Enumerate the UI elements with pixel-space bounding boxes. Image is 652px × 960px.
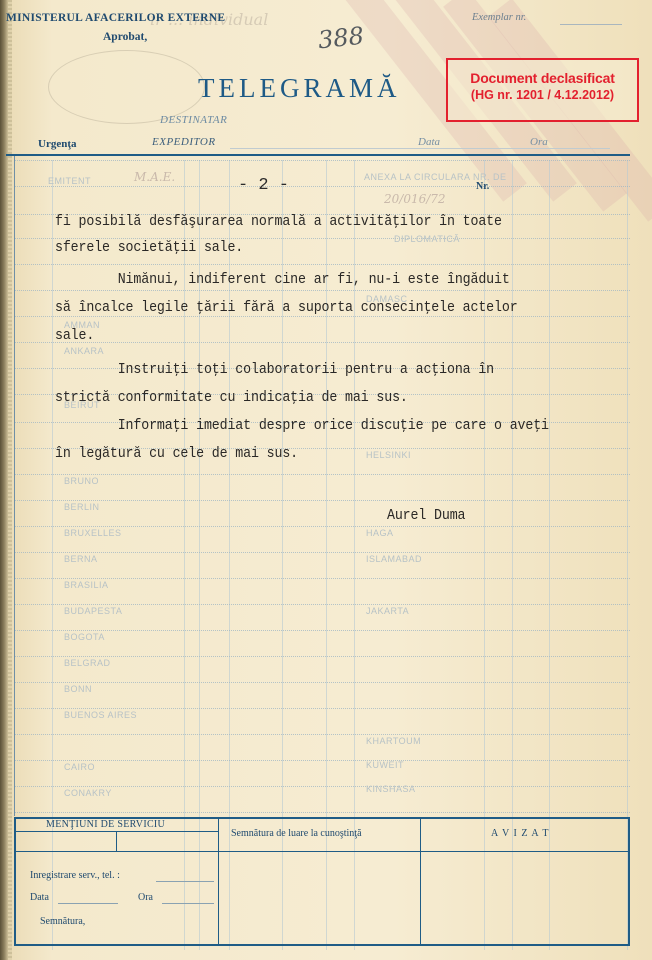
recipient-label: DESTINATAR <box>160 114 227 126</box>
footer-date-label: Data <box>30 892 49 903</box>
service-mentions-label: MENŢIUNI DE SERVICIU <box>46 819 165 830</box>
date-label: Data <box>418 136 440 148</box>
time-label: Ora <box>530 136 548 148</box>
binding-edge <box>0 0 8 960</box>
bleed-city: CONAKRY <box>64 788 112 798</box>
urgency-label: Urgenţa <box>38 138 77 150</box>
bleed-city: BELGRAD <box>64 658 111 668</box>
page-number: - 2 - <box>238 176 289 195</box>
bleed-city: CAIRO <box>64 762 95 772</box>
body-line: Nimănui, indiferent cine ar fi, nu-i est… <box>55 272 510 288</box>
stamp-line-2: (HG nr. 1201 / 4.12.2012) <box>448 88 637 102</box>
registration-label: Inregistrare serv., tel. : <box>30 870 120 881</box>
bleed-handwriting: M.A.E. <box>134 170 175 184</box>
handwritten-number: 388 <box>317 22 365 55</box>
footer-time-label: Ora <box>138 892 153 903</box>
bleed-city: ISLAMABAD <box>366 554 422 564</box>
body-line: să încalce legile ţării fără a suporta c… <box>55 300 518 316</box>
number-label: Nr. <box>476 181 489 192</box>
stamp-line-1: Document declasificat <box>448 70 637 86</box>
sender-field-line <box>230 148 610 149</box>
bleed-city: KUWEIT <box>366 760 404 770</box>
body-line: sale. <box>55 328 94 344</box>
bleed-city: HELSINKI <box>366 450 411 460</box>
bleed-city: BRUNO <box>64 476 99 486</box>
bleed-city: BUDAPESTA <box>64 606 122 616</box>
page-left-border <box>14 156 15 816</box>
sender-label: EXPEDITOR <box>152 136 216 148</box>
signature-name: Aurel Duma <box>387 508 465 524</box>
bleed-city: BRASILIA <box>64 580 109 590</box>
body-line: în legătură cu cele de mai sus. <box>55 446 298 462</box>
bleed-city: BERNA <box>64 554 98 564</box>
bleed-city: KHARTOUM <box>366 736 421 746</box>
body-line: Instruiţi toţi colaboratorii pentru a ac… <box>55 362 494 378</box>
bleed-city: ANKARA <box>64 346 104 356</box>
bleed-city: BOGOTA <box>64 632 105 642</box>
bleed-handwriting-date: 20/016/72 <box>384 192 446 206</box>
bleed-city: HAGA <box>366 528 394 538</box>
service-box: MENŢIUNI DE SERVICIU Semnătura de luare … <box>14 817 630 946</box>
approved-label: Aprobat, <box>103 31 147 43</box>
body-line: Informaţi imediat despre orice discuţie … <box>55 418 549 434</box>
bleed-city: JAKARTA <box>366 606 409 616</box>
approved-stamp-label: A V I Z A T <box>491 828 550 839</box>
document-title: TELEGRAMĂ <box>198 73 400 104</box>
footer-signature-label: Semnătura, <box>40 916 85 927</box>
exemplar-field-line <box>560 24 622 25</box>
body-line: strictă conformitate cu indicaţia de mai… <box>55 390 408 406</box>
bleed-city: BONN <box>64 684 92 694</box>
declassified-stamp: Document declasificat (HG nr. 1201 / 4.1… <box>446 58 639 122</box>
body-line: sferele societăţii sale. <box>55 240 243 256</box>
bleed-diplomatic: DIPLOMATICĂ <box>394 234 460 244</box>
ministry-name: MINISTERUL AFACERILOR EXTERNE <box>6 12 225 24</box>
bleed-city: BUENOS AIRES <box>64 710 137 720</box>
bleed-city: BERLIN <box>64 502 100 512</box>
bleed-city: BRUXELLES <box>64 528 122 538</box>
bleed-emitent: EMITENT <box>48 176 91 186</box>
bleed-city: KINSHASA <box>366 784 416 794</box>
body-line: fi posibilă desfăşurarea normală a activ… <box>55 214 502 230</box>
faint-oval-seal <box>48 50 205 124</box>
acknowledgement-signature-label: Semnătura de luare la cunoştinţă <box>231 828 362 839</box>
exemplar-label: Exemplar nr. <box>472 12 526 23</box>
header-divider <box>6 154 630 156</box>
binding-stitches <box>8 0 12 960</box>
